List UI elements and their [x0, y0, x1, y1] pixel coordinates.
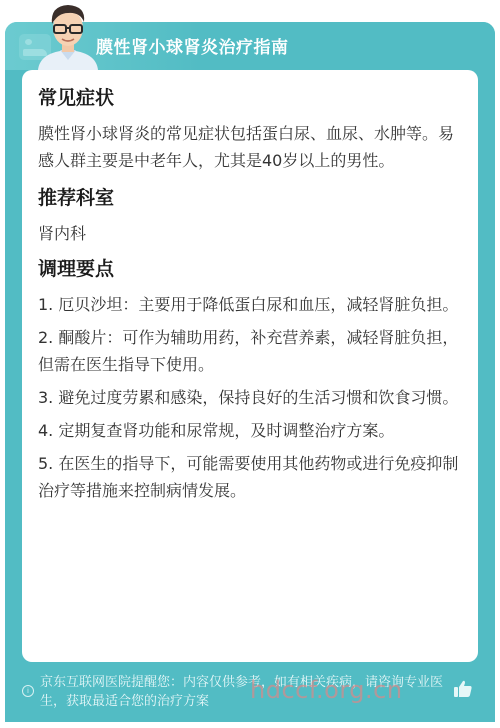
care-item: 1. 厄贝沙坦：主要用于降低蛋白尿和血压，减轻肾脏负担。 — [38, 291, 462, 318]
content-card: 常见症状 膜性肾小球肾炎的常见症状包括蛋白尿、血尿、水肿等。易感人群主要是中老年… — [22, 70, 478, 662]
care-item: 4. 定期复查肾功能和尿常规，及时调整治疗方案。 — [38, 417, 462, 444]
department-heading: 推荐科室 — [38, 184, 462, 212]
page-title: 膜性肾小球肾炎治疗指南 — [96, 33, 289, 58]
info-icon: i — [22, 685, 34, 697]
thumbs-up-icon[interactable] — [453, 679, 473, 699]
watermark: hdccf.org.cn — [250, 676, 403, 704]
care-item: 2. 酮酸片：可作为辅助用药，补充营养素，减轻肾脏负担，但需在医生指导下使用。 — [38, 324, 462, 378]
symptoms-heading: 常见症状 — [38, 84, 462, 112]
symptoms-text: 膜性肾小球肾炎的常见症状包括蛋白尿、血尿、水肿等。易感人群主要是中老年人，尤其是… — [38, 120, 462, 174]
care-item: 5. 在医生的指导下，可能需要使用其他药物或进行免疫抑制治疗等措施来控制病情发展… — [38, 450, 462, 504]
care-heading: 调理要点 — [38, 255, 462, 283]
doctor-avatar-icon — [30, 0, 106, 70]
care-item: 3. 避免过度劳累和感染，保持良好的生活习惯和饮食习惯。 — [38, 384, 462, 411]
department-text: 肾内科 — [38, 220, 462, 247]
